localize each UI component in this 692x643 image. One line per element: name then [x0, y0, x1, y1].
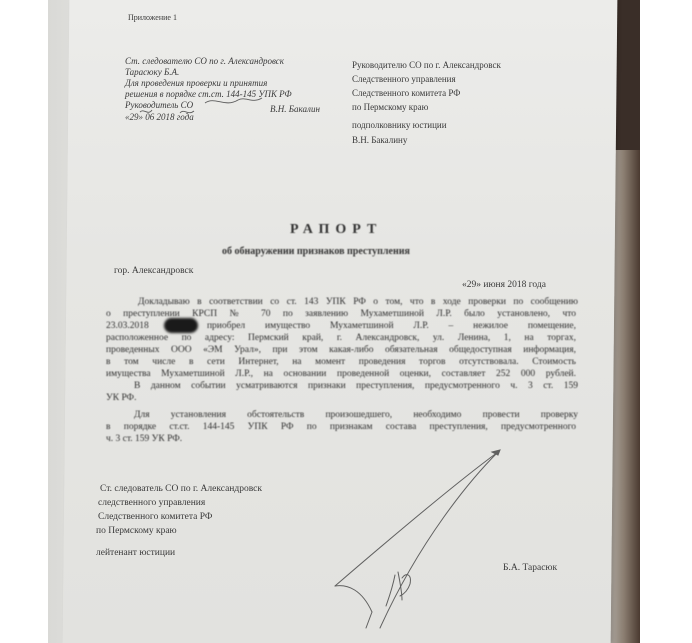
- appendix-label: Приложение 1: [128, 13, 177, 22]
- resolution-date: «29» 06 2018 года: [125, 112, 194, 122]
- body-line: ч. 3 ст. 159 УК РФ.: [106, 434, 576, 444]
- body-line: в порядке ст.ст. 144-145 УПК РФ по призн…: [106, 422, 576, 432]
- document-subtitle: об обнаружении признаков преступления: [222, 246, 410, 257]
- signer-rank: лейтенант юстиции: [96, 548, 175, 558]
- body-line: Для установления обстоятельств произошед…: [134, 410, 578, 420]
- resolution-line: Тарасюку Б.А.: [125, 67, 179, 77]
- body-line: в том числе в сети Интернет, на момент п…: [106, 357, 576, 367]
- addressee-line: по Пермскому краю: [352, 102, 428, 112]
- resolution-line: Ст. следователю СО по г. Александровск: [125, 56, 284, 66]
- city: гор. Александровск: [114, 266, 193, 276]
- background-dark-corner: [614, 0, 640, 150]
- signer-name: Б.А. Тарасюк: [503, 563, 557, 573]
- report-date: «29» июня 2018 года: [462, 280, 546, 290]
- signer-position-line: Ст. следователь СО по г. Александровск: [100, 484, 262, 494]
- signer-position-line: по Пермскому краю: [96, 526, 177, 536]
- document-title: РАПОРТ: [290, 222, 382, 238]
- body-line: В данном событии усматриваются признаки …: [134, 381, 578, 391]
- document-photo: Приложение 1 Ст. следователю СО по г. Ал…: [0, 0, 692, 643]
- redaction-mark: [164, 318, 198, 333]
- resolution-signer: В.Н. Бакалин: [270, 104, 320, 114]
- signer-position-line: Следственного комитета РФ: [98, 512, 212, 522]
- addressee-line: Следственного управления: [352, 74, 456, 84]
- body-line: УК РФ.: [106, 393, 576, 403]
- addressee-line: Следственного комитета РФ: [352, 88, 460, 98]
- addressee-line: В.Н. Бакалину: [352, 135, 407, 145]
- body-line: расположенное по адресу: Пермский край, …: [106, 333, 576, 343]
- resolution-line: решения в порядке ст.ст. 144-145 УПК РФ: [125, 89, 292, 99]
- body-line: Докладываю в соответствии со ст. 143 УПК…: [138, 297, 578, 307]
- resolution-line: Руководитель СО: [125, 100, 193, 110]
- signer-position-line: следственного управления: [98, 498, 205, 508]
- body-line: проведенных ООО «ЭМ Урал», при этом кака…: [106, 345, 576, 355]
- addressee-line: Руководителю СО по г. Александровск: [352, 60, 501, 70]
- addressee-line: подполковнику юстиции: [352, 120, 447, 130]
- body-line: имущества Мухаметшиной Л.Р., на основани…: [106, 369, 576, 379]
- resolution-line: Для проведения проверки и принятия: [125, 78, 267, 88]
